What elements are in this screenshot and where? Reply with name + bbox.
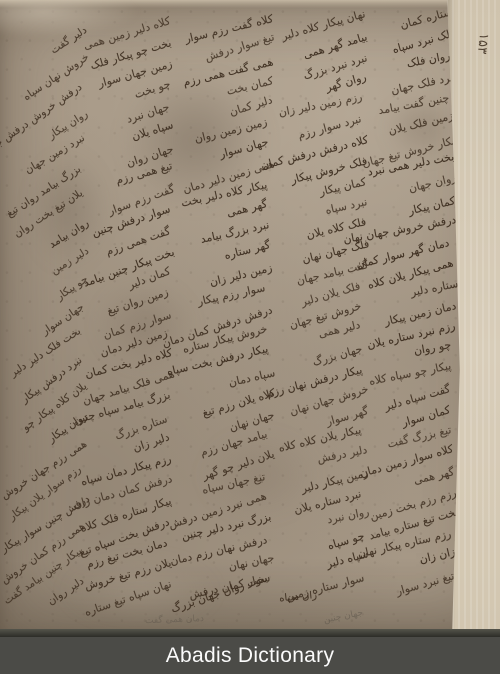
photo-bottom-edge [0,629,500,637]
caption-text: Abadis Dictionary [166,644,335,668]
dictionary-image-card: دلیر گفتخروش نهان سپاهدرفش خروش درفش جها… [0,0,500,674]
margin-annotation: ۱۵۳ [474,32,491,54]
manuscript-photo: دلیر گفتخروش نهان سپاهدرفش خروش درفش جها… [0,0,500,637]
caption-bar: Abadis Dictionary [0,637,500,674]
